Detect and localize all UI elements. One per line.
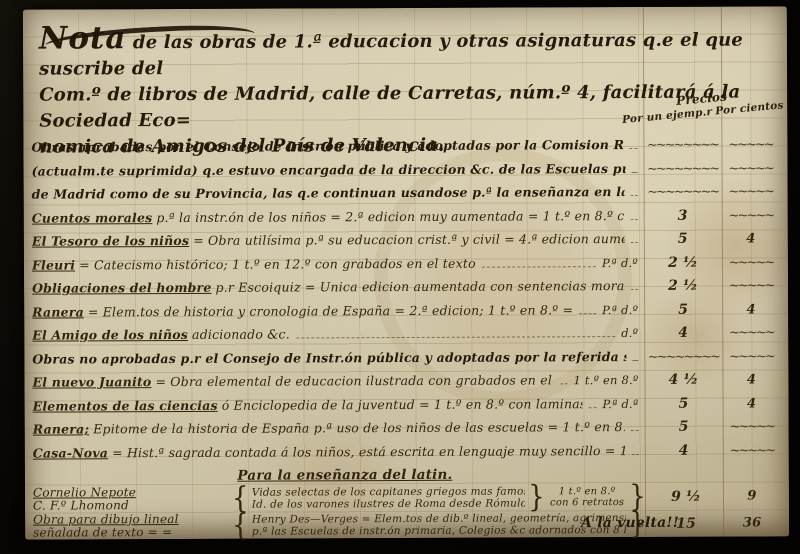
dotted-leader xyxy=(632,359,638,360)
opening-brace: { xyxy=(232,491,249,505)
photograph-background: Nota de las obras de 1.ª educacion y otr… xyxy=(0,0,800,554)
work-details: = Hist.ª sagrada contada á los niños, es… xyxy=(112,443,626,460)
work-title: Casa-Nova xyxy=(33,445,108,460)
price-per-copy: 2 ½ xyxy=(644,278,722,294)
price-per-copy: 5 xyxy=(645,395,723,411)
work-title: Ranera; xyxy=(33,421,90,436)
section-heading-text: Obras no aprobadas p.r el Consejo de Ins… xyxy=(32,349,626,367)
work-description: El Amigo de los niñosadicionado &c. xyxy=(32,327,290,343)
dotted-leader xyxy=(631,218,638,219)
price-per-hundred: 4 xyxy=(722,302,780,317)
price-per-copy: 4 xyxy=(644,325,722,341)
content-line: Henry Des—Verges = Elem.tos de dib.º lin… xyxy=(252,512,627,526)
binding-note: P.ª d.º xyxy=(602,255,638,269)
dotted-leader xyxy=(482,266,596,267)
table-row: Cuentos moralesp.ª la instr.ón de los ni… xyxy=(32,207,780,234)
work-title: El Amigo de los niños xyxy=(32,327,188,343)
label-line: C. F.º Lhomond xyxy=(33,498,229,512)
section-heading-text: (actualm.te suprimida) q.e estuvo encarg… xyxy=(32,161,626,179)
price-per-copy: 4 ½ xyxy=(644,372,722,388)
section-heading-text: Obras aprobadas por el Consejo de Instr.… xyxy=(31,137,623,155)
note-line: 1 t.º en 8.º xyxy=(550,486,624,497)
price-per-hundred: ~~~~~ xyxy=(723,443,781,458)
label-line: señalada de texto = = xyxy=(33,525,229,539)
dotted-leader xyxy=(630,148,638,149)
table-row: Obligaciones del hombrep.r Escoiquiz = U… xyxy=(32,277,780,304)
turn-page-note: A la vuelta!! xyxy=(581,515,679,531)
work-title: Elementos de las ciencias xyxy=(33,397,218,413)
price-per-copy: 2 ½ xyxy=(644,254,722,270)
latin-section-heading: Para la enseñanza del latin. xyxy=(25,466,665,485)
latin-block-label: Obra para dibujo linealseñalada de texto… xyxy=(33,512,229,539)
works-table: Obras aprobadas por el Consejo de Instr.… xyxy=(31,136,780,468)
dotted-leader xyxy=(632,453,639,454)
price-per-hundred: 4 xyxy=(722,231,780,246)
price-per-copy: 5 xyxy=(644,231,722,247)
price-per-copy: ~~~~~~~~ xyxy=(643,138,721,153)
price-per-hundred: ~~~~~ xyxy=(722,278,780,293)
latin-block-content: Vidas selectas de los capitanes griegos … xyxy=(252,485,526,510)
work-title: El nuevo Juanito xyxy=(32,374,151,390)
content-line: Id. de los varones ilustres de Roma desd… xyxy=(252,497,526,510)
work-title: Fleuri xyxy=(32,257,75,272)
price-per-hundred: ~~~~~ xyxy=(723,419,781,434)
format-note: 1 t.º en 8.ºcon 6 retratos xyxy=(550,486,624,508)
work-details: ó Enciclopedia de la juventud = 1 t.º en… xyxy=(222,396,583,413)
table-row: El Tesoro de los niños= Obra utilísima p… xyxy=(32,230,780,257)
price-per-copy: 9 ½ xyxy=(649,490,723,502)
table-row: Obras no aprobadas p.r el Consejo de Ins… xyxy=(32,348,780,375)
label-line: Cornelio Nepote xyxy=(33,485,229,499)
work-details: = Obra elemental de educacion ilustrada … xyxy=(155,372,554,389)
price-per-hundred: 36 xyxy=(723,517,781,529)
dotted-leader xyxy=(296,336,615,338)
work-details: = Catecismo histórico; 1 t.º en 12.º con… xyxy=(79,255,476,272)
work-description: Obligaciones del hombrep.r Escoiquiz = U… xyxy=(32,278,625,296)
closing-brace: } xyxy=(528,490,545,504)
content-line: Vidas selectas de los capitanes griegos … xyxy=(252,485,526,498)
work-description: Fleuri= Catecismo histórico; 1 t.º en 12… xyxy=(32,255,476,272)
work-description: Ranera;Epitome de la historia de España … xyxy=(33,419,626,437)
binding-note: P.ª d.º xyxy=(602,302,638,316)
price-per-copy: ~~~~~~~~ xyxy=(644,185,722,200)
dotted-leader xyxy=(631,242,638,243)
label-line: Obra para dibujo lineal xyxy=(33,512,229,526)
work-description: Cuentos moralesp.ª la instr.ón de los ni… xyxy=(32,208,625,226)
binding-note: 1 t.º en 8.º xyxy=(573,373,638,387)
price-per-hundred: ~~~~~ xyxy=(721,137,779,152)
dotted-leader xyxy=(631,195,638,196)
work-details: p.r Escoiquiz = Unica edicion aumentada … xyxy=(215,278,625,295)
work-details: adicionado &c. xyxy=(192,327,290,342)
work-description: Ranera= Elem.tos de historia y cronologi… xyxy=(32,302,573,319)
price-per-copy: 5 xyxy=(644,301,722,317)
table-row: Casa-Nova= Hist.ª sagrada contada á los … xyxy=(33,442,781,469)
work-details: = Obra utilísima p.ª su educacion crist.… xyxy=(193,231,625,248)
dotted-leader xyxy=(579,313,596,314)
work-details: = Elem.tos de historia y cronologia de E… xyxy=(88,302,573,319)
work-details: Epitome de la historia de España p.ª uso… xyxy=(93,419,625,436)
dotted-leader xyxy=(631,171,637,172)
price-per-copy: 4 xyxy=(645,442,723,458)
dotted-leader xyxy=(631,430,639,431)
work-description: Elementos de las cienciasó Enciclopedia … xyxy=(33,396,583,413)
note-line: con 6 retratos xyxy=(550,497,624,508)
price-per-hundred: ~~~~~ xyxy=(722,255,780,270)
closing-brace: } xyxy=(629,490,646,504)
content-line: p.ª las Escuelas de instr.ón primaria, C… xyxy=(252,524,627,538)
work-title: El Tesoro de los niños xyxy=(32,233,189,249)
table-row: de Madrid como de su Provincia, las q.e … xyxy=(32,183,780,210)
price-per-hundred: 9 xyxy=(723,490,781,502)
latin-block-label: Cornelio NepoteC. F.º Lhomond xyxy=(33,485,229,512)
table-row: Ranera= Elem.tos de historia y cronologi… xyxy=(32,301,780,328)
work-description: Casa-Nova= Hist.ª sagrada contada á los … xyxy=(33,443,626,461)
table-row: El Amigo de los niñosadicionado &c.d.º4~… xyxy=(32,324,780,351)
table-row: (actualm.te suprimida) q.e estuvo encarg… xyxy=(32,160,780,187)
price-per-hundred: 4 xyxy=(722,372,780,387)
work-title: Ranera xyxy=(32,304,84,319)
dotted-leader xyxy=(631,289,638,290)
binding-note: d.º xyxy=(621,326,638,340)
price-per-hundred: ~~~~~ xyxy=(722,208,780,223)
work-title: Cuentos morales xyxy=(32,210,153,226)
price-per-copy: 5 xyxy=(645,419,723,435)
price-per-hundred: 4 xyxy=(723,396,781,411)
dotted-leader xyxy=(560,383,568,384)
table-row: Obras aprobadas por el Consejo de Instr.… xyxy=(31,136,779,163)
work-title: Obligaciones del hombre xyxy=(32,280,211,296)
table-row: Elementos de las cienciasó Enciclopedia … xyxy=(33,395,781,422)
latin-section-blocks: Cornelio NepoteC. F.º Lhomond{Vidas sele… xyxy=(33,482,781,539)
price-per-copy: ~~~~~~~~ xyxy=(644,349,722,364)
price-per-hundred: ~~~~~ xyxy=(722,161,780,176)
manuscript-paper: Nota de las obras de 1.ª educacion y otr… xyxy=(23,6,789,539)
price-per-hundred: ~~~~~ xyxy=(722,349,780,364)
binding-note: P.ª d.ª xyxy=(602,396,638,410)
latin-block-content: Henry Des—Verges = Elem.tos de dib.º lin… xyxy=(252,512,627,538)
table-row: Fleuri= Catecismo histórico; 1 t.º en 12… xyxy=(32,254,780,281)
latin-block: Cornelio NepoteC. F.º Lhomond{Vidas sele… xyxy=(33,482,781,512)
work-details: p.ª la instr.ón de los niños = 2.ª edici… xyxy=(156,208,624,225)
table-row: El nuevo Juanito= Obra elemental de educ… xyxy=(32,371,780,398)
price-per-copy: ~~~~~~~~ xyxy=(644,161,722,176)
table-row: Ranera;Epitome de la historia de España … xyxy=(33,418,781,445)
dotted-leader xyxy=(589,407,597,408)
price-per-hundred: ~~~~~ xyxy=(722,325,780,340)
work-description: El nuevo Juanito= Obra elemental de educ… xyxy=(32,372,554,389)
price-per-copy: 3 xyxy=(644,207,722,223)
opening-brace: { xyxy=(232,518,249,532)
work-description: El Tesoro de los niños= Obra utilísima p… xyxy=(32,231,625,249)
price-per-hundred: ~~~~~ xyxy=(722,184,780,199)
section-heading-text: de Madrid como de su Provincia, las q.e … xyxy=(32,184,625,202)
